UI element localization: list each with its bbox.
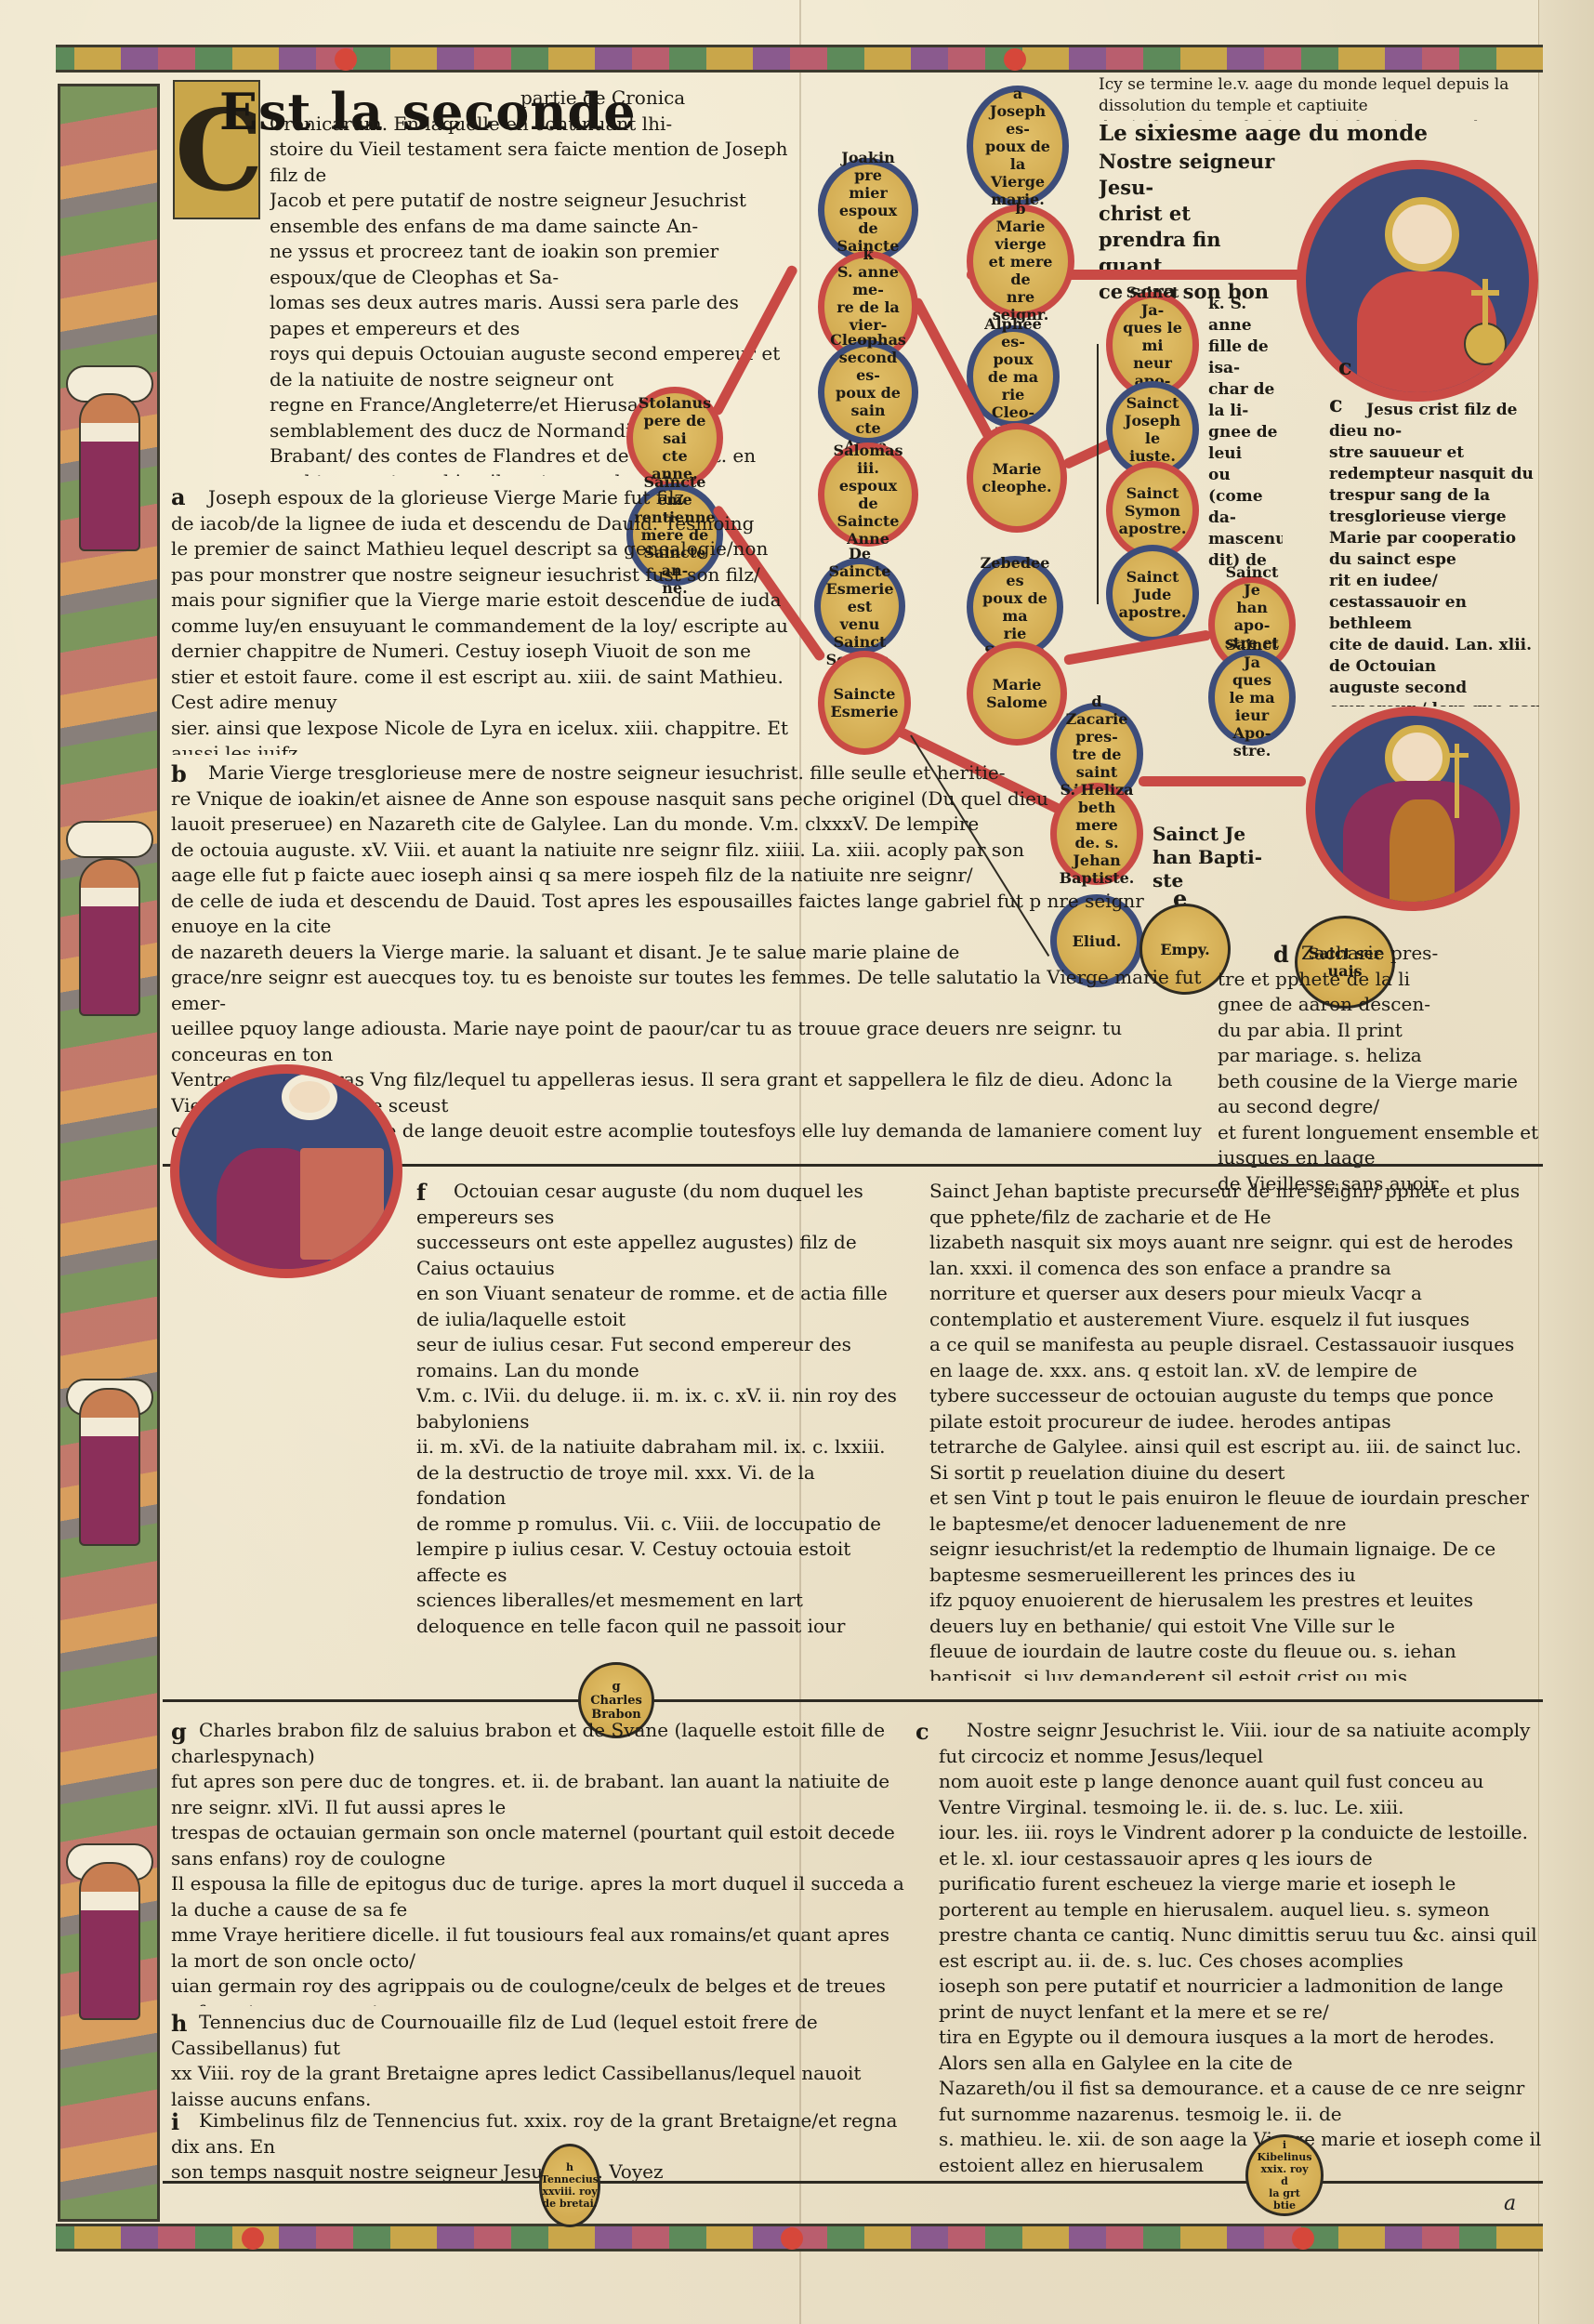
genealogy-node-vierge-marie: b Marie vierge et mere de nre seignr. <box>967 205 1074 318</box>
rose-ornament-icon <box>1004 48 1026 71</box>
genealogy-node-marie-cleophe: Marie cleophe. <box>967 423 1067 533</box>
rose-ornament-icon <box>1292 2227 1314 2250</box>
right-page-edge <box>1538 0 1594 2324</box>
octouian-paragraph: Octouian cesar auguste (du nom duquel le… <box>416 1179 909 1644</box>
roundel-tennencius: h Tennecius xxviii. roy de bretai. <box>539 2144 600 2227</box>
prophet-figure-icon <box>79 393 140 551</box>
section-divider <box>163 2181 1543 2184</box>
genealogy-node-sainte-esmerie: Saincte Esmerie <box>818 651 911 755</box>
joseph-paragraph: Joseph espoux de la glorieuse Vierge Mar… <box>171 485 803 755</box>
genealogy-node-jaques-majeur: Sainct Ja ques le ma ieur Apo- stre. <box>1208 649 1296 746</box>
genealogy-node-esmerie-servais: De Saincte Esmerie est venu Sainct Serua… <box>814 558 905 654</box>
genealogy-node-marie-salome: Marie Salome <box>967 641 1067 746</box>
prophet-figure-icon <box>79 858 140 1016</box>
kimbelinus-paragraph: Kimbelinus filz de Tennencius fut. xxix.… <box>171 2108 905 2186</box>
cross-icon <box>1482 279 1488 325</box>
left-vine-border <box>58 84 160 2222</box>
tennencius-paragraph: Tennencius duc de Cournouaille filz de L… <box>171 2010 905 2114</box>
scroll-banner-icon <box>66 821 153 858</box>
marker-c: c <box>1338 353 1352 380</box>
cloud-vision-icon <box>282 1074 337 1120</box>
sixth-age-heading: Le sixiesme aage du monde commencera a l… <box>1099 119 1545 151</box>
manuscript-page: C Est la seconde partie de Cronica Croni… <box>0 0 1594 2324</box>
connector-line <box>1097 344 1099 604</box>
genealogy-node-joseph: a Joseph es- poux de la Vierge marie. <box>967 86 1069 206</box>
rose-ornament-icon <box>242 2227 264 2250</box>
augustus-vision-medallion <box>170 1064 402 1278</box>
genealogy-node-cleophas: Cleophas second es- poux de sain cte Ann… <box>818 340 918 444</box>
praying-figure-icon <box>79 1862 140 2020</box>
halo-icon <box>1385 197 1459 271</box>
genealogy-node-jude: Sainct Jude apostre. <box>1106 545 1199 643</box>
section-divider <box>163 1699 1543 1702</box>
roundel-kimbelinus: i Kibelinus xxix. roy d la grt btie <box>1245 2134 1324 2216</box>
zacharie-paragraph: Zacharie pres- tre et pphete de la li gn… <box>1218 941 1543 1201</box>
intro-paragraph: partie de Cronica Cronicarum. En laquell… <box>270 86 799 476</box>
rose-ornament-icon <box>781 2227 803 2250</box>
charles-paragraph: Charles brabon filz de saluius brabon et… <box>171 1718 905 2006</box>
orb-icon <box>1464 323 1507 365</box>
circumcision-paragraph: Nostre seignr Jesuchrist le. Viii. iour … <box>939 1718 1543 2183</box>
king-figure-icon <box>79 1388 140 1546</box>
saint-anne-side-note: k. S. anne fille de isa- char de la li- … <box>1208 294 1283 573</box>
folio-signature: a <box>1504 2192 1516 2215</box>
fifth-age-note: Icy se termine le.v. aage du monde leque… <box>1099 74 1545 121</box>
genealogy-node-salomas: Salomas iii. espoux de Saincte Anne <box>818 442 918 547</box>
camel-hair-icon <box>1390 799 1455 911</box>
cross-bar <box>1445 753 1469 758</box>
tower-icon <box>300 1148 384 1260</box>
jesus-paragraph: Jesus crist filz de dieu no- stre sauueu… <box>1329 400 1543 706</box>
section-marker-c2: c <box>916 1718 929 1745</box>
christ-medallion <box>1297 160 1538 402</box>
john-baptist-medallion <box>1306 706 1520 911</box>
top-border-band <box>56 45 1543 73</box>
bottom-border-band <box>56 2224 1543 2251</box>
jehan-baptiste-paragraph: Sainct Jehan baptiste precurseur de nre … <box>929 1179 1543 1681</box>
rose-ornament-icon <box>335 48 357 71</box>
cross-bar <box>1471 290 1499 296</box>
